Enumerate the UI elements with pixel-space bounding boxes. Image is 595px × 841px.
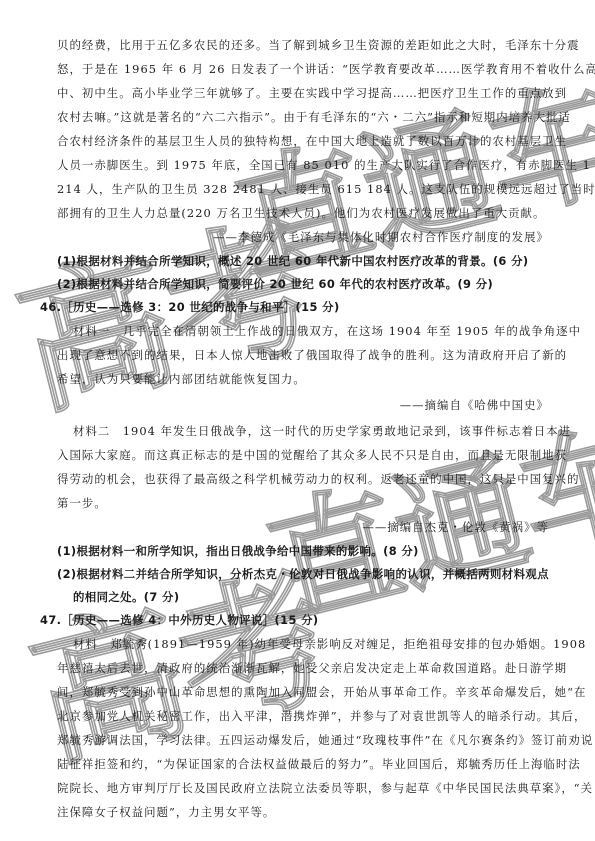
paragraph-line: 合农村经济条件的基层卫生人员的独特构想，在中国大地上造就了数以百万计的农村基层卫… <box>57 134 549 148</box>
material-line: 陆征祥拒签和约，“为保证国家的合法权益做最后的努力”。毕业回国后，郑毓秀历任上海… <box>57 757 549 771</box>
material-line: 院院长、地方审判厅厅长及国民政府立法院立法委员等职，参与起草《中华民国民法典草案… <box>57 781 549 795</box>
material-line: 希望，认为只要能让内部团结就能恢复国力。 <box>57 372 549 386</box>
material-line: 第一步。 <box>57 496 549 510</box>
source-citation: ——李德成《毛泽东与集体化时期农村合作医疗制度的发展》 <box>57 230 549 244</box>
material-line: 材料一 几乎完全在清朝领土上作战的日俄双方，在这场 1904 年至 1905 年… <box>73 324 549 338</box>
paragraph-line: 贝的经费，比用于五亿多农民的还多。当了解到城乡卫生资源的差距如此之大时，毛泽东十… <box>57 38 549 52</box>
question-46-title: 46.［历史——选修 3：20 世纪的战争与和平］(15 分) <box>40 300 549 314</box>
material-line: 入国际大家庭。而这真正标志的是中国的觉醒给了其众多人民不只是自由，而且是无限制地… <box>57 448 549 462</box>
question-46-1: (1)根据材料一和所学知识，指出日俄战争给中国带来的影响。(8 分) <box>57 544 549 558</box>
source-citation: ——摘编自杰克・伦敦《黄祸》等 <box>57 520 549 534</box>
material-line: 北京参加党人机关秘密工作，出入平津，潜携炸弹”，并参与了对袁世凯等人的暗杀行动。… <box>57 709 549 723</box>
material-line: 材料二 1904 年发生日俄战争，这一时代的历史学家勇敢地记录到，该事件标志着日… <box>73 424 549 438</box>
paragraph-line: 214 人，生产队的卫生员 328 2481 人、接生员 615 184 人。这… <box>57 182 549 196</box>
question-45-2: (2)根据材料并结合所学知识，简要评价 20 世纪 60 年代的农村医疗改革。(… <box>57 277 549 291</box>
paragraph-line: 中、初中生。高小毕业学三年就够了。主要在实践中学习提高……把医疗卫生工作的重点放… <box>57 86 549 100</box>
paragraph-line: 人员一赤脚医生。到 1975 年底，全国已有 85 010 的生产大队实行了合作… <box>57 158 549 172</box>
paragraph-line: 农村去嘛。”这就是著名的“六二六指示”。由于有毛泽东的“六・二六”指示和短期内培… <box>57 110 549 124</box>
material-line: 年慈禧太后去世，清政府的统治渐渐瓦解，她受父亲启发决定走上革命救国道路。赴日游学… <box>57 661 549 675</box>
paragraph-line: 部拥有的卫生人力总量(220 万名卫生技术人员)。他们为农村医疗发展做出了重大贡… <box>57 206 549 220</box>
material-line: 郑毓秀游调法国，学习法律。五四运动爆发后，她通过“玫瑰枝事件”在《凡尔赛条约》签… <box>57 733 549 747</box>
question-47-title: 47.［历史——选修 4：中外历史人物评说］(15 分) <box>40 613 549 627</box>
source-citation: ——摘编自《哈佛中国史》 <box>57 398 549 412</box>
question-46-2: (2)根据材料二并结合所学知识，分析杰克・伦敦对日俄战争影响的认识，并概括两则材… <box>57 567 549 581</box>
question-45-1: (1)根据材料并结合所学知识，概述 20 世纪 60 年代新中国农村医疗改革的背… <box>57 254 549 268</box>
exam-page: 高考 直通车 高考 直通车 贝的经费，比用于五亿多农民的还多。当了解到城乡卫生资… <box>0 0 595 841</box>
material-line: 得劳动的机会，也获得了最高级之科学机械劳动力的权利。返老还童的中国，这只是中国复… <box>57 472 549 486</box>
question-46-2-cont: 的相同之处。(7 分) <box>73 590 549 604</box>
material-line: 材料 郑毓秀(1891—1959 年)幼年受母亲影响反对缠足，拒绝祖母安排的包办… <box>73 637 549 651</box>
material-line: 注保障女子权益问题”，力主男女平等。 <box>57 805 549 819</box>
paragraph-line: 怒，于是在 1965 年 6 月 26 日发表了一个讲话：“医学教育要改革……医… <box>57 62 549 76</box>
material-line: 出现了意想不到的结果，日本人惊人地击败了俄国取得了战争的胜利。这为清政府开启了新… <box>57 348 549 362</box>
material-line: 间，郑毓秀受到孙中山革命思想的熏陶加入同盟会，开始从事革命工作。辛亥革命爆发后，… <box>57 685 549 699</box>
